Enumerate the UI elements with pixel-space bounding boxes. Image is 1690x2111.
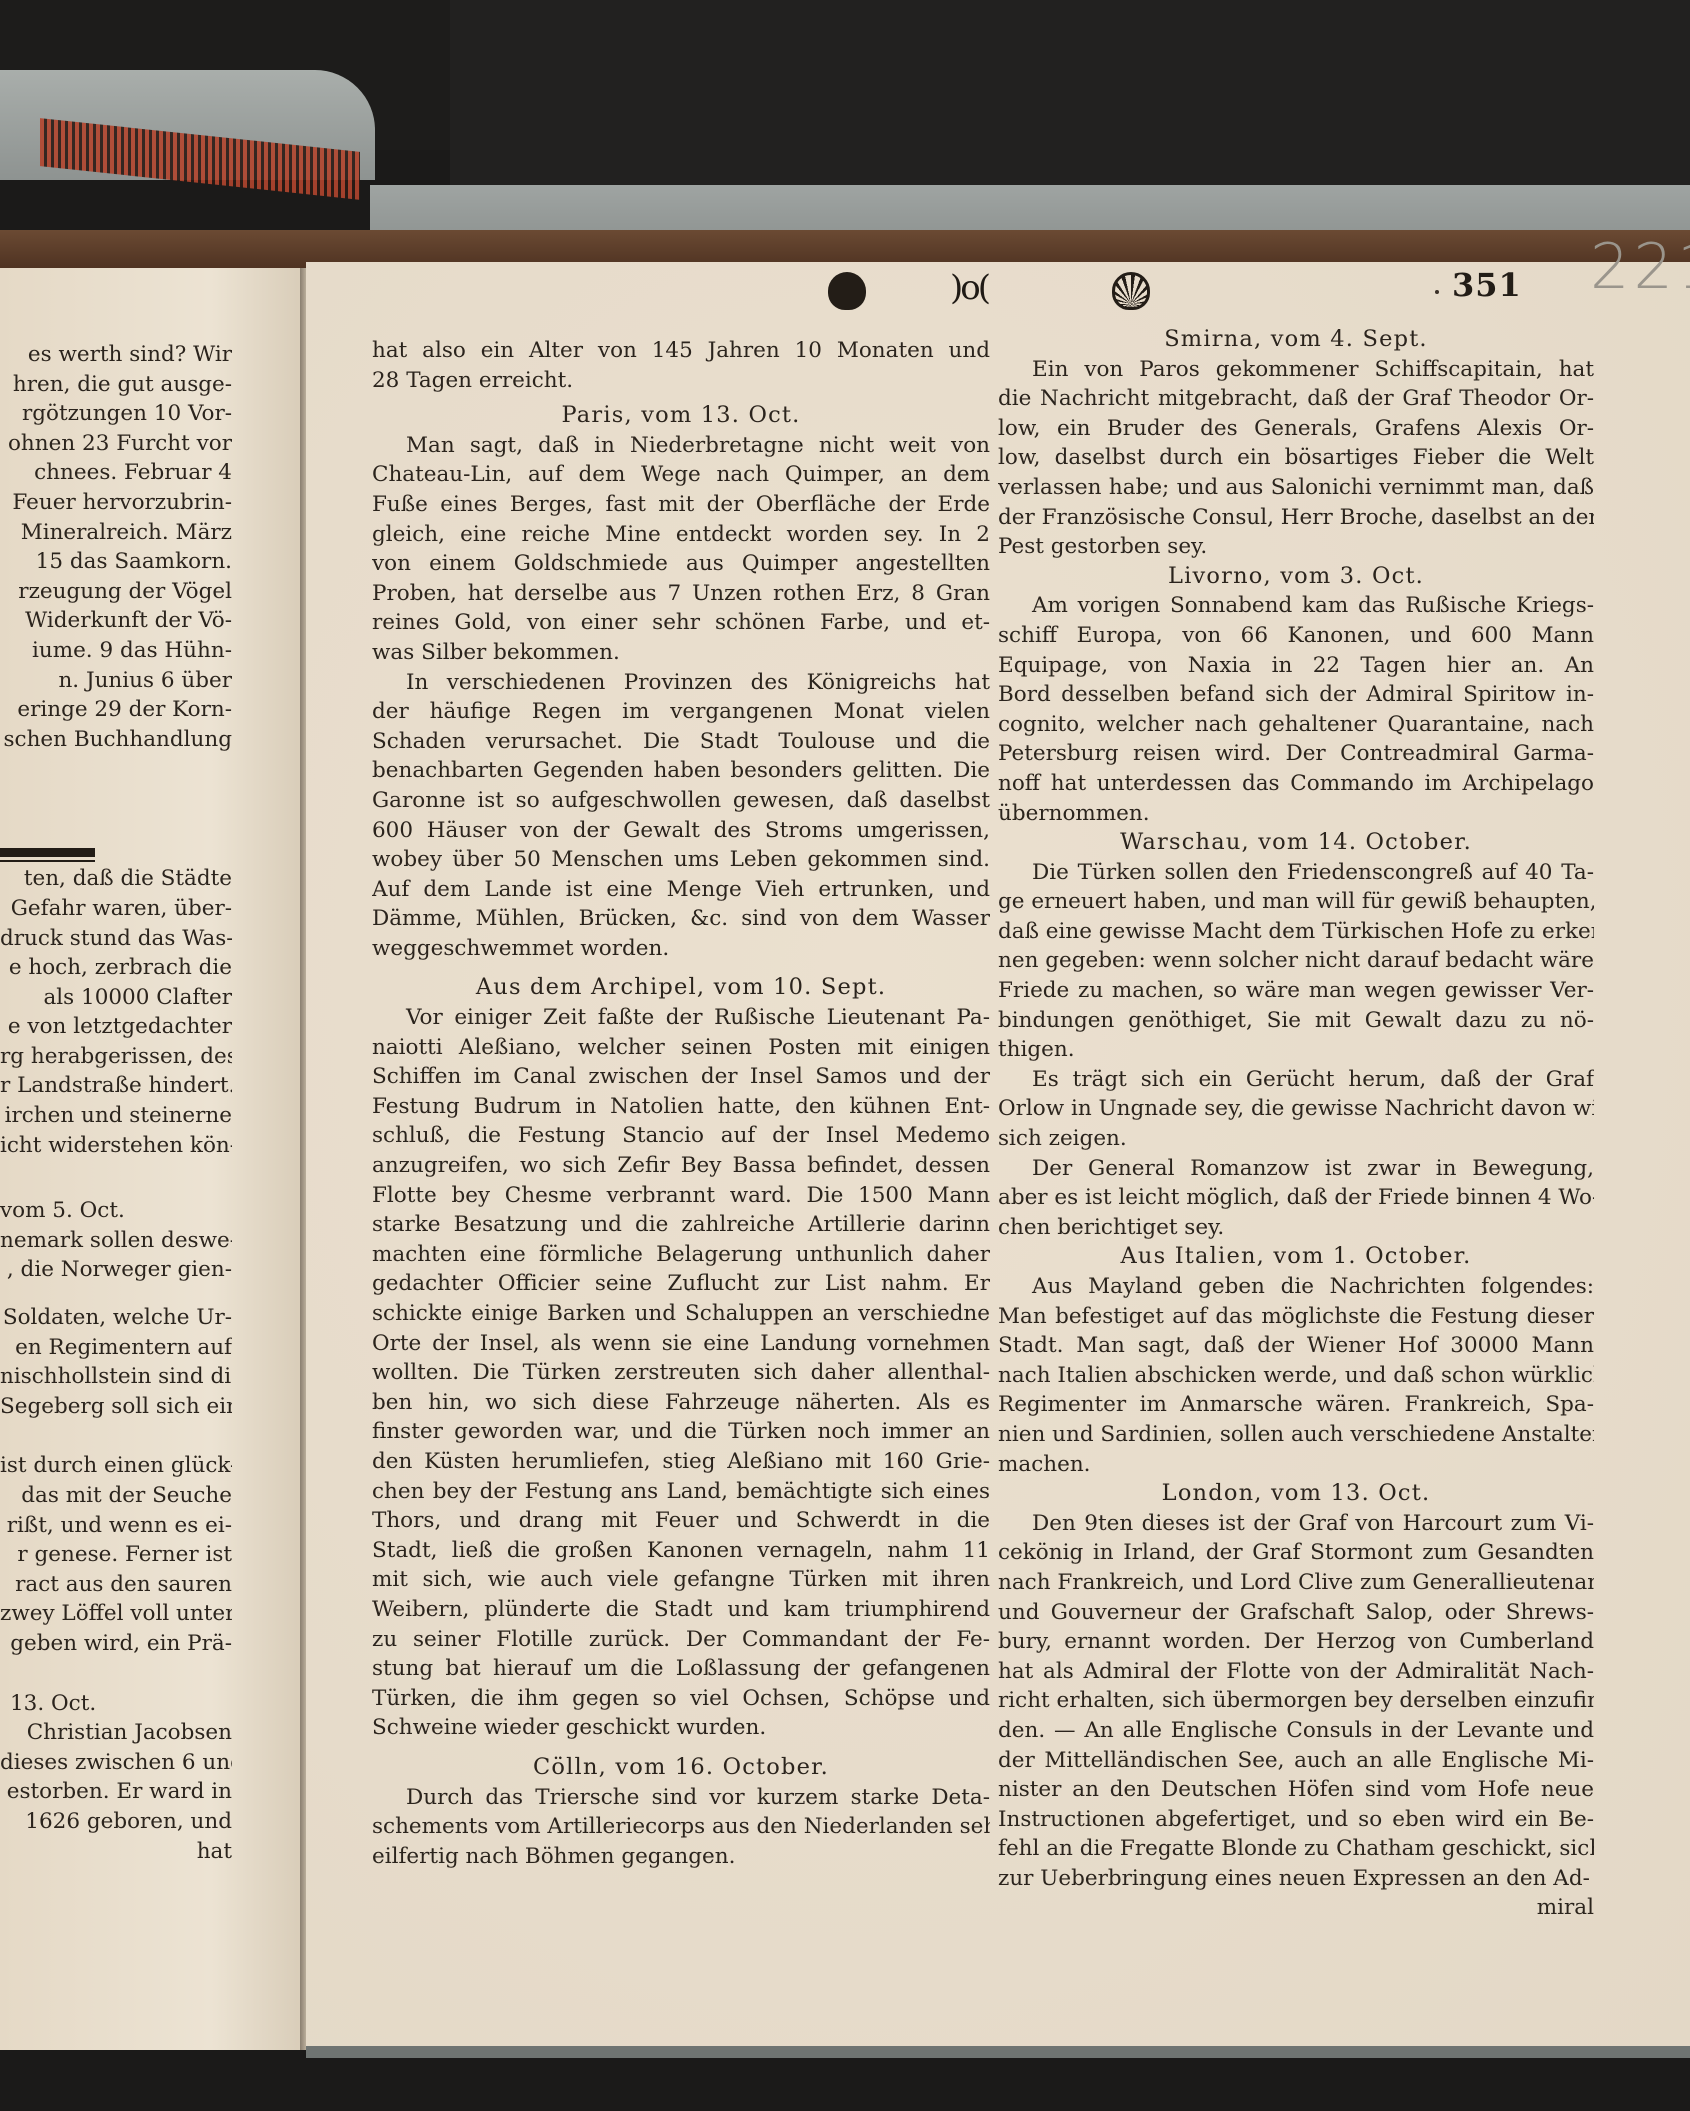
text-line: 15 das Saamkorn. (0, 547, 232, 577)
text-line: schickte einige Barken und Schaluppen an… (372, 1299, 990, 1329)
text-line: ge erneuert haben, und man will für gewi… (998, 887, 1594, 917)
text-line: es werth sind? Wir (0, 340, 232, 370)
text-line: wobey über 50 Menschen ums Leben gekomme… (372, 845, 990, 875)
article-heading: London, vom 13. Oct. (998, 1479, 1594, 1509)
middle-column: hat also ein Alter von 145 Jahren 10 Mon… (372, 336, 990, 1871)
catchword: miral (998, 1893, 1594, 1923)
text-line: nach Italien abschicken werde, und daß s… (998, 1361, 1594, 1391)
text-line: r genese. Ferner ist (0, 1540, 232, 1570)
text-line: nister an den Deutschen Höfen sind vom H… (998, 1775, 1594, 1805)
article-heading: Paris, vom 13. Oct. (372, 401, 990, 431)
text-line: Weibern, plünderte die Stadt und kam tri… (372, 1595, 990, 1625)
text-line: rgötzungen 10 Vor- (0, 399, 232, 429)
text-line: Fuße eines Berges, fast mit der Oberfläc… (372, 490, 990, 520)
text-line: cognito, welcher nach gehaltener Quarant… (998, 710, 1594, 740)
text-line: Garonne ist so aufgeschwollen gewesen, d… (372, 786, 990, 816)
text-line: schiff Europa, von 66 Kanonen, und 600 M… (998, 621, 1594, 651)
text-line: ist durch einen glück- (0, 1451, 232, 1481)
text-line: Soldaten, welche Ur- (0, 1303, 232, 1333)
text-line: Es trägt sich ein Gerücht herum, daß der… (998, 1065, 1594, 1095)
text-line: weggeschwemmet worden. (372, 934, 990, 964)
article-heading: 13. Oct. (0, 1689, 232, 1719)
text-line: Den 9ten dieses ist der Graf von Harcour… (998, 1509, 1594, 1539)
text-line: Flotte bey Chesme verbrannt ward. Die 15… (372, 1181, 990, 1211)
text-line: als 10000 Clafter (0, 983, 232, 1013)
text-line: Friede zu machen, so wäre man wegen gewi… (998, 976, 1594, 1006)
text-line: Instructionen abgefertiget, und so eben … (998, 1805, 1594, 1835)
article-heading: Cölln, vom 16. October. (372, 1753, 990, 1783)
text-line: Stadt. Man sagt, daß der Wiener Hof 3000… (998, 1331, 1594, 1361)
text-line: richt erhalten, sich übermorgen bey ders… (998, 1686, 1594, 1716)
spacer (0, 1659, 232, 1689)
text-line: Feuer hervorzubrin- (0, 488, 232, 518)
text-line: finster geworden war, und die Türken noc… (372, 1417, 990, 1447)
text-line: den Küsten herumliefen, stieg Aleßiano m… (372, 1447, 990, 1477)
text-line: Am vorigen Sonnabend kam das Rußische Kr… (998, 591, 1594, 621)
text-line: , die Norweger gien- (0, 1255, 232, 1285)
text-line: low, daselbst durch ein bösartiges Fiebe… (998, 443, 1594, 473)
text-line: low, ein Bruder des Generals, Grafens Al… (998, 414, 1594, 444)
section-divider-thin-rule (0, 860, 95, 862)
text-line: der häufige Regen im vergangenen Monat v… (372, 697, 990, 727)
text-line: schen Buchhandlung (0, 725, 232, 755)
text-line: n. Junius 6 über (0, 666, 232, 696)
text-line: iume. 9 das Hühn- (0, 636, 232, 666)
text-line: Ein von Paros gekommener Schiffscapitain… (998, 355, 1594, 385)
text-line: chen bey der Festung ans Land, bemächtig… (372, 1477, 990, 1507)
page-number: 351 (1452, 266, 1522, 304)
left-page: es werth sind? Wirhren, die gut ausge-rg… (0, 268, 302, 2050)
spacer (372, 963, 990, 973)
text-line: Orlow in Ungnade sey, die gewisse Nachri… (998, 1094, 1594, 1124)
text-line: reines Gold, von einer sehr schönen Farb… (372, 608, 990, 638)
text-line: gedachter Officier seine Zuflucht zur Li… (372, 1269, 990, 1299)
text-line: Chateau-Lin, auf dem Wege nach Quimper, … (372, 460, 990, 490)
text-line: und Gouverneur der Grafschaft Salop, ode… (998, 1598, 1594, 1628)
text-line: Festung Budrum in Natolien hatte, den kü… (372, 1092, 990, 1122)
text-line: nach Frankreich, und Lord Clive zum Gene… (998, 1568, 1594, 1598)
text-line: chen berichtiget sey. (998, 1213, 1594, 1243)
text-line: Pest gestorben sey. (998, 532, 1594, 562)
article-heading: Livorno, vom 3. Oct. (998, 562, 1594, 592)
text-line: Bord desselben befand sich der Admiral S… (998, 680, 1594, 710)
text-line: Schaden verursachet. Die Stadt Toulouse … (372, 727, 990, 757)
pencil-folio-annotation: 221 (1590, 230, 1690, 303)
text-line: schements vom Artilleriecorps aus den Ni… (372, 1812, 990, 1842)
text-line: den. — An alle Englische Consuls in der … (998, 1716, 1594, 1746)
text-line: estorben. Er ward in (0, 1777, 232, 1807)
left-page-column: es werth sind? Wirhren, die gut ausge-rg… (0, 340, 232, 1866)
text-line: rg herabgerissen, des- (0, 1042, 232, 1072)
spacer (0, 1421, 232, 1451)
shell-ornament-icon (828, 272, 866, 310)
text-line: zwey Löffel voll unter (0, 1599, 232, 1629)
article-heading: Aus dem Archipel, vom 10. Sept. (372, 973, 990, 1003)
text-line: die Nachricht mitgebracht, daß der Graf … (998, 384, 1594, 414)
text-line: das mit der Seuche (0, 1481, 232, 1511)
text-line: en Regimentern auf (0, 1333, 232, 1363)
article-heading: Aus Italien, vom 1. October. (998, 1242, 1594, 1272)
text-line: Vor einiger Zeit faßte der Rußische Lieu… (372, 1003, 990, 1033)
text-line: zur Ueberbringung eines neuen Expressen … (998, 1864, 1594, 1894)
text-line: stung bat hierauf um die Loßlassung der … (372, 1654, 990, 1684)
text-line: Schweine wieder geschickt wurden. (372, 1713, 990, 1743)
text-line: wollten. Die Türken zerstreuten sich dah… (372, 1358, 990, 1388)
text-line: e hoch, zerbrach die (0, 953, 232, 983)
text-line: nen gegeben: wenn solcher nicht darauf b… (998, 946, 1594, 976)
catchword: hat (0, 1837, 232, 1867)
text-line: nien und Sardinien, sollen auch verschie… (998, 1420, 1594, 1450)
text-line: fehl an die Fregatte Blonde zu Chatham g… (998, 1834, 1594, 1864)
text-line: r Landstraße hindert. (0, 1071, 232, 1101)
text-line: der Französische Consul, Herr Broche, da… (998, 503, 1594, 533)
text-line: gleich, eine reiche Mine entdeckt worden… (372, 520, 990, 550)
text-line: nemark sollen deswe- (0, 1226, 232, 1256)
dark-background-board (450, 0, 1690, 185)
text-line: sich zeigen. (998, 1124, 1594, 1154)
text-line: bindungen genöthiget, Sie mit Gewalt daz… (998, 1006, 1594, 1036)
text-line: cekönig in Irland, der Graf Stormont zum… (998, 1538, 1594, 1568)
page-bottom-edge (306, 2046, 1690, 2058)
spacer (372, 1743, 990, 1753)
text-line: icht widerstehen kön- (0, 1131, 232, 1161)
section-divider-rule (0, 848, 95, 857)
text-line: Auf dem Lande ist eine Menge Vieh ertrun… (372, 875, 990, 905)
text-line: naiotti Aleßiano, welcher seinen Posten … (372, 1033, 990, 1063)
text-line: Widerkunft der Vö- (0, 606, 232, 636)
text-line: eilfertig nach Böhmen gegangen. (372, 1842, 990, 1872)
article-heading: Smirna, vom 4. Sept. (998, 325, 1594, 355)
text-line: e von letztgedachter (0, 1012, 232, 1042)
text-line: der Mittelländischen See, auch an alle E… (998, 1746, 1594, 1776)
text-line: hat also ein Alter von 145 Jahren 10 Mon… (372, 336, 990, 366)
text-line: Gefahr waren, über- (0, 894, 232, 924)
text-line: rzeugung der Vögel (0, 577, 232, 607)
text-line: Mineralreich. März (0, 518, 232, 548)
text-line: Segeberg soll sich ein (0, 1392, 232, 1422)
text-line: machten eine förmliche Belagerung unthun… (372, 1240, 990, 1270)
text-line: aber es ist leicht möglich, daß der Frie… (998, 1183, 1594, 1213)
spacer (0, 1160, 232, 1196)
text-line: eringe 29 der Korn- (0, 695, 232, 725)
text-line: Orte der Insel, als wenn sie eine Landun… (372, 1329, 990, 1359)
text-line: Man sagt, daß in Niederbretagne nicht we… (372, 431, 990, 461)
text-line: mit sich, wie auch viele gefangne Türken… (372, 1565, 990, 1595)
text-line: was Silber bekommen. (372, 638, 990, 668)
text-line: Equipage, von Naxia in 22 Tagen hier an.… (998, 651, 1594, 681)
ink-dot (1435, 290, 1439, 294)
text-line: schluß, die Festung Stancio auf der Inse… (372, 1121, 990, 1151)
text-line: Stadt, ließ die großen Kanonen vernageln… (372, 1536, 990, 1566)
text-line: starke Besatzung und die zahlreiche Arti… (372, 1210, 990, 1240)
text-line: 28 Tagen erreicht. (372, 366, 990, 396)
text-line: benachbarten Gegenden haben besonders ge… (372, 756, 990, 786)
text-line: bury, ernannt worden. Der Herzog von Cum… (998, 1627, 1594, 1657)
text-line: verlassen habe; und aus Salonichi vernim… (998, 473, 1594, 503)
text-line: nischhollstein sind die (0, 1362, 232, 1392)
text-line: ten, daß die Städte (0, 864, 232, 894)
text-line: Türken, die ihm gegen so viel Ochsen, Sc… (372, 1684, 990, 1714)
text-line: Durch das Triersche sind vor kurzem star… (372, 1783, 990, 1813)
text-line: noff hat unterdessen das Commando im Arc… (998, 769, 1594, 799)
text-line: thigen. (998, 1035, 1594, 1065)
text-line: Regimenter im Anmarsche wären. Frankreic… (998, 1390, 1594, 1420)
text-line: Man befestiget auf das möglichste die Fe… (998, 1302, 1594, 1332)
text-line: geben wird, ein Prä- (0, 1629, 232, 1659)
text-line: Christian Jacobsen (0, 1718, 232, 1748)
text-line: ben hin, wo sich diese Fahrzeuge näherte… (372, 1388, 990, 1418)
text-line: zu seiner Flotille zurück. Der Commandan… (372, 1625, 990, 1655)
text-line: ract aus den sauren (0, 1570, 232, 1600)
crescent-ornament-icon: )o( (950, 268, 988, 308)
right-column: Smirna, vom 4. Sept.Ein von Paros gekomm… (998, 325, 1594, 1923)
text-line: anzugreifen, wo sich Zefir Bey Bassa bef… (372, 1151, 990, 1181)
header-ornaments: )o( (800, 270, 1500, 320)
text-line: In verschiedenen Provinzen des Königreic… (372, 668, 990, 698)
text-line: 600 Häuser von der Gewalt des Stroms umg… (372, 816, 990, 846)
text-line: Petersburg reisen wird. Der Contreadmira… (998, 739, 1594, 769)
shell-ornament-outline-icon (1112, 272, 1150, 310)
article-heading: Warschau, vom 14. October. (998, 828, 1594, 858)
text-line: rißt, und wenn es ei- (0, 1511, 232, 1541)
article-heading: vom 5. Oct. (0, 1196, 232, 1226)
spacer (0, 1285, 232, 1303)
text-line: von einem Goldschmiede aus Quimper anges… (372, 549, 990, 579)
text-line: ohnen 23 Furcht vor (0, 429, 232, 459)
text-line: Dämme, Mühlen, Brücken, &c. sind von dem… (372, 904, 990, 934)
text-line: Thors, und drang mit Feuer und Schwerdt … (372, 1506, 990, 1536)
text-line: chnees. Februar 4 (0, 458, 232, 488)
text-line: Schiffen im Canal zwischen der Insel Sam… (372, 1062, 990, 1092)
text-line: hat als Admiral der Flotte von der Admir… (998, 1657, 1594, 1687)
text-line: druck stund das Was- (0, 924, 232, 954)
text-line: Proben, hat derselbe aus 7 Unzen rothen … (372, 579, 990, 609)
text-line: irchen und steinerne (0, 1101, 232, 1131)
text-line: Aus Mayland geben die Nachrichten folgen… (998, 1272, 1594, 1302)
text-line: hren, die gut ausge- (0, 370, 232, 400)
text-line: übernommen. (998, 799, 1594, 829)
text-line: daß eine gewisse Macht dem Türkischen Ho… (998, 917, 1594, 947)
text-line: 1626 geboren, und (0, 1807, 232, 1837)
text-line: Der General Romanzow ist zwar in Bewegun… (998, 1154, 1594, 1184)
text-line: dieses zwischen 6 und (0, 1748, 232, 1778)
text-line: Die Türken sollen den Friedenscongreß au… (998, 858, 1594, 888)
text-line: machen. (998, 1450, 1594, 1480)
